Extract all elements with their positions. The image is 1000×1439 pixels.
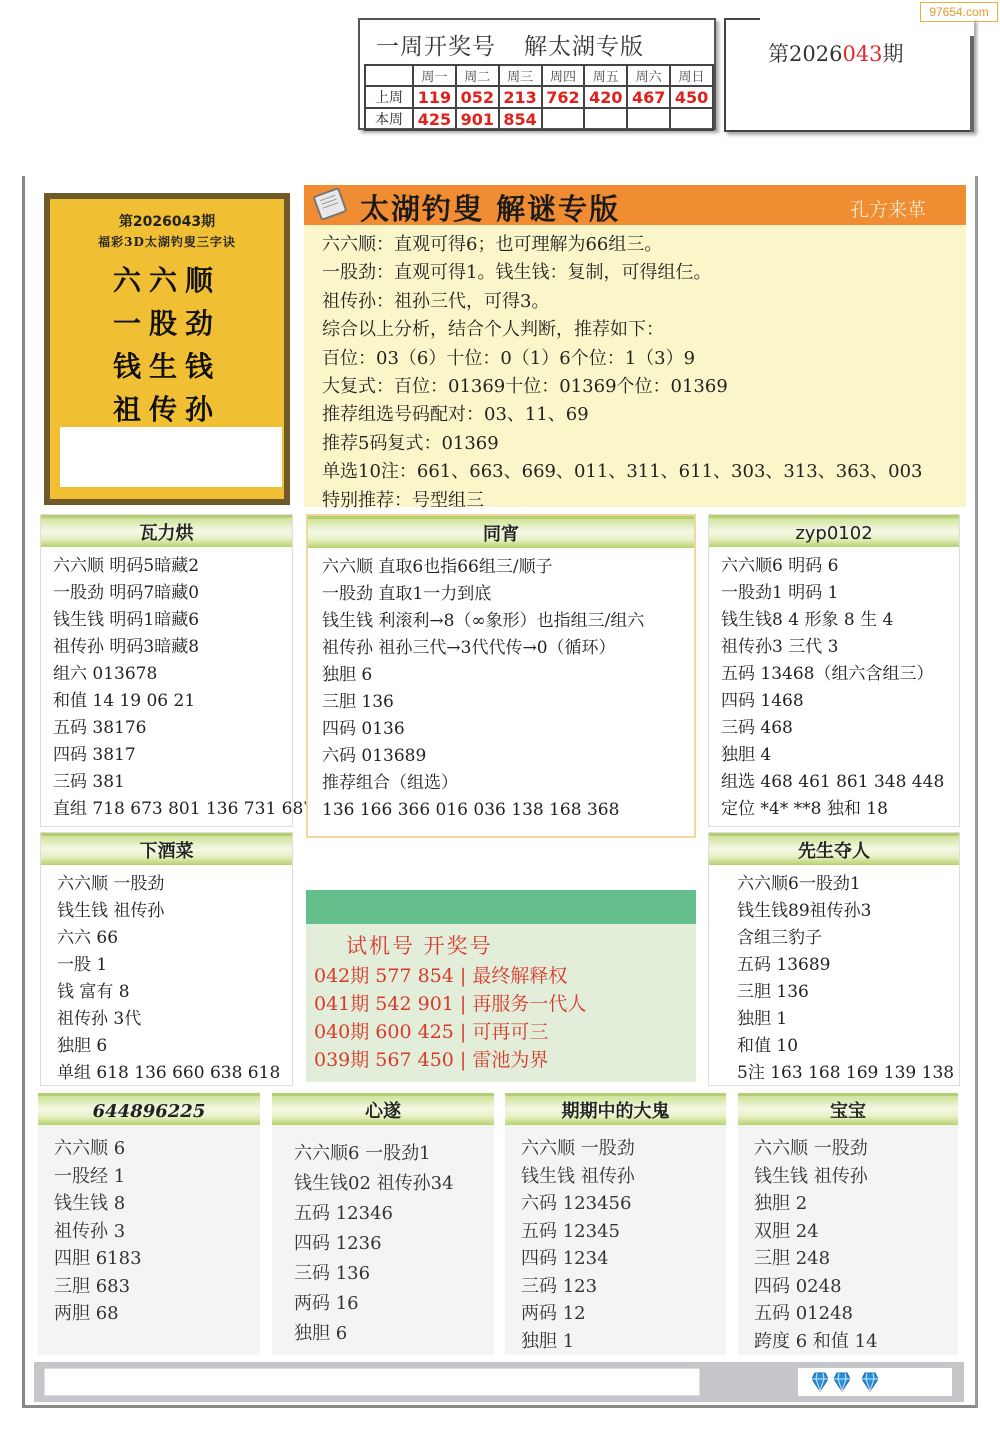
panel-body: 六六顺 一股劲 钱生钱 祖传孙 独胆 2 双胆 24 三胆 248 四码 024…: [738, 1125, 958, 1355]
panel-body: 六六顺 一股劲 钱生钱 祖传孙 六码 123456 五码 12345 四码 12…: [505, 1125, 726, 1355]
panel-line: 三码 381: [53, 769, 292, 796]
result-cell: 425: [413, 108, 456, 130]
panel-qiqi-dagui: 期期中的大鬼 六六顺 一股劲 钱生钱 祖传孙 六码 123456 五码 1234…: [505, 1093, 726, 1355]
panel-title: 宝宝: [738, 1093, 958, 1125]
panel-line: 四码 0248: [754, 1273, 958, 1301]
issue-highlight: 043: [842, 42, 882, 66]
panel-body: 六六顺 直取6也指66组三/顺子 一股劲 直取1一力到底 钱生钱 利滚利→8（∞…: [308, 548, 694, 824]
panel-line: 六六顺6一股劲1: [737, 871, 959, 898]
issue-prefix: 第2026: [768, 42, 842, 66]
row-label: 上周: [365, 86, 413, 108]
panel-xinsui: 心遂 六六顺6 一股劲1 钱生钱02 祖传孙34 五码 12346 四码 123…: [272, 1093, 494, 1355]
panel-line: 祖传孙 3: [54, 1218, 260, 1246]
panel-line: 四码 1234: [521, 1245, 726, 1273]
panel-wali: 瓦力烘 六六顺 明码5暗藏2 一股劲 明码7暗藏0 钱生钱 明码1暗藏6 祖传孙…: [40, 514, 293, 827]
result-cell: [627, 108, 670, 130]
panel-line: 直组 718 673 801 136 731 687: [53, 796, 292, 823]
panel-body: 六六顺 6 一股经 1 钱生钱 8 祖传孙 3 四胆 6183 三胆 683 两…: [38, 1125, 260, 1328]
panel-line: 钱生钱8 4 形象 8 生 4: [721, 607, 959, 634]
result-cell: 854: [499, 108, 542, 130]
panel-title: 期期中的大鬼: [505, 1093, 726, 1125]
diamond-icon: [812, 1372, 828, 1392]
panel-line: 三码 136: [294, 1259, 494, 1289]
panel-line: 独胆 1: [737, 1006, 959, 1033]
panel-line: 六六顺 一股劲: [57, 871, 292, 898]
panel-line: 三胆 248: [754, 1245, 958, 1273]
panel-line: 五码 38176: [53, 715, 292, 742]
panel-zyp0102: zyp0102 六六顺6 明码 6 一股劲1 明码 1 钱生钱8 4 形象 8 …: [708, 514, 960, 827]
panel-line: 五码 12345: [521, 1218, 726, 1246]
panel-line: 六六顺 6: [54, 1135, 260, 1163]
panel-line: 一股劲1 明码 1: [721, 580, 959, 607]
day-header: 周一: [413, 65, 456, 86]
panel-body: 六六顺 一股劲 钱生钱 祖传孙 六六 66 一股 1 钱 富有 8 祖传孙 3代…: [41, 865, 292, 1087]
panel-line: 六六顺6 一股劲1: [294, 1139, 494, 1169]
panel-line: 三码 123: [521, 1273, 726, 1301]
panel-line: 单组 618 136 660 638 618: [57, 1060, 292, 1087]
analysis-line: 单选10注：661、663、669、011、311、611、303、313、36…: [322, 458, 966, 486]
panel-title: zyp0102: [709, 515, 959, 547]
day-header: 周二: [456, 65, 499, 86]
panel-xiajiucai: 下酒菜 六六顺 一股劲 钱生钱 祖传孙 六六 66 一股 1 钱 富有 8 祖传…: [40, 832, 293, 1086]
analysis-line: 六六顺：直观可得6；也可理解为66组三。: [322, 231, 966, 259]
corner-cell: [365, 65, 413, 86]
riddle-lines: 六六顺 一股劲 钱生钱 祖传孙: [50, 259, 284, 431]
riddle-line: 钱生钱: [50, 345, 284, 388]
riddle-line: 祖传孙: [50, 388, 284, 431]
panel-tongxiao: 同宵 六六顺 直取6也指66组三/顺子 一股劲 直取1一力到底 钱生钱 利滚利→…: [306, 514, 696, 838]
riddle-issue: 第2026043期: [50, 211, 284, 231]
panel-line: 和值 14 19 06 21: [53, 688, 292, 715]
analysis-line: 一股劲：直观可得1。钱生钱：复制，可得组仨。: [322, 259, 966, 287]
panel-line: 钱生钱02 祖传孙34: [294, 1169, 494, 1199]
panel-line: 六六顺 明码5暗藏2: [53, 553, 292, 580]
panel-line: 四胆 6183: [54, 1245, 260, 1273]
result-cell: 119: [413, 86, 456, 108]
panel-line: 一股劲 直取1一力到底: [322, 581, 694, 608]
panel-line: 独胆 6: [294, 1319, 494, 1349]
panel-line: 钱生钱89祖传孙3: [737, 898, 959, 925]
panel-line: 祖传孙 3代: [57, 1006, 292, 1033]
diamond-icon: [834, 1372, 850, 1392]
panel-line: 跨度 6 和值 14: [754, 1328, 958, 1356]
trial-header-bar: [306, 890, 696, 924]
footer-text-field: [44, 1368, 700, 1396]
panel-line: 四码 0136: [322, 716, 694, 743]
panel-line: 五码 13468（组六含组三）: [721, 661, 959, 688]
panel-line: 钱生钱 利滚利→8（∞象形）也指组三/组六: [322, 608, 694, 635]
panel-line: 136 166 366 016 036 138 168 368: [322, 797, 694, 824]
panel-line: 独胆 4: [721, 742, 959, 769]
panel-line: 独胆 6: [57, 1033, 292, 1060]
panel-line: 独胆 1: [521, 1328, 726, 1356]
panel-line: 两码 16: [294, 1289, 494, 1319]
panel-line: 一股经 1: [54, 1163, 260, 1191]
panel-line: 两胆 68: [54, 1300, 260, 1328]
panel-line: 定位 *4* **8 独和 18: [721, 796, 959, 823]
result-cell: 450: [670, 86, 713, 108]
panel-body: 六六顺6 明码 6 一股劲1 明码 1 钱生钱8 4 形象 8 生 4 祖传孙3…: [709, 547, 959, 823]
riddle-subtitle: 福彩3D太湖钓叟三字诀: [50, 233, 284, 250]
panel-line: 六码 013689: [322, 743, 694, 770]
panel-line: 含组三豹子: [737, 925, 959, 952]
panel-line: 四码 1236: [294, 1229, 494, 1259]
trial-row: 042期 577 854 | 最终解释权: [314, 962, 696, 990]
trial-head: 试机号 开奖号: [314, 930, 696, 962]
panel-title: 同宵: [308, 516, 694, 548]
panel-line: 五码 13689: [737, 952, 959, 979]
panel-line: 组选 468 461 861 348 448: [721, 769, 959, 796]
panel-line: 5注 163 168 169 139 138: [737, 1060, 959, 1087]
weekly-row-this-week: 本周 425 901 854: [365, 108, 713, 130]
analysis-line: 推荐组选号码配对：03、11、69: [322, 401, 966, 429]
panel-title: 下酒菜: [41, 833, 292, 865]
panel-title: 644896225: [38, 1093, 260, 1125]
panel-line: 推荐组合（组选）: [322, 770, 694, 797]
panel-line: 钱生钱 8: [54, 1190, 260, 1218]
panel-line: 六六顺6 明码 6: [721, 553, 959, 580]
trial-row: 041期 542 901 | 再服务一代人: [314, 990, 696, 1018]
panel-line: 六六 66: [57, 925, 292, 952]
result-cell: 901: [456, 108, 499, 130]
result-cell: 052: [456, 86, 499, 108]
panel-body: 六六顺6 一股劲1 钱生钱02 祖传孙34 五码 12346 四码 1236 三…: [272, 1125, 494, 1349]
diamond-icon: [862, 1372, 878, 1392]
day-header: 周四: [542, 65, 585, 86]
trial-results-panel: 试机号 开奖号 042期 577 854 | 最终解释权 041期 542 90…: [306, 924, 696, 1082]
weekly-title-sub: 解太湖专版: [524, 34, 644, 60]
panel-baobao: 宝宝 六六顺 一股劲 钱生钱 祖传孙 独胆 2 双胆 24 三胆 248 四码 …: [738, 1093, 958, 1355]
result-cell: [670, 108, 713, 130]
panel-line: 独胆 2: [754, 1190, 958, 1218]
analysis-line: 百位：03（6）十位：0（1）6个位：1（3）9: [322, 345, 966, 373]
panel-title: 瓦力烘: [41, 515, 292, 547]
panel-line: 五码 01248: [754, 1300, 958, 1328]
riddle-card-inner: 第2026043期 福彩3D太湖钓叟三字诀 六六顺 一股劲 钱生钱 祖传孙: [50, 199, 284, 499]
panel-line: 钱 富有 8: [57, 979, 292, 1006]
day-header: 周日: [670, 65, 713, 86]
panel-line: 六六顺 直取6也指66组三/顺子: [322, 554, 694, 581]
panel-line: 一股劲 明码7暗藏0: [53, 580, 292, 607]
trial-row: 040期 600 425 | 可再可三: [314, 1018, 696, 1046]
panel-line: 五码 12346: [294, 1199, 494, 1229]
panel-xiansheng: 先生夺人 六六顺6一股劲1 钱生钱89祖传孙3 含组三豹子 五码 13689 三…: [708, 832, 960, 1086]
result-cell: 213: [499, 86, 542, 108]
weekly-header-row: 周一 周二 周三 周四 周五 周六 周日: [365, 65, 713, 86]
section-author: 孔方来革: [850, 195, 926, 222]
panel-line: 三胆 683: [54, 1273, 260, 1301]
result-cell: 762: [542, 86, 585, 108]
panel-body: 六六顺 明码5暗藏2 一股劲 明码7暗藏0 钱生钱 明码1暗藏6 祖传孙 明码3…: [41, 547, 292, 823]
panel-line: 六码 123456: [521, 1190, 726, 1218]
panel-line: 钱生钱 祖传孙: [521, 1163, 726, 1191]
panel-line: 祖传孙 明码3暗藏8: [53, 634, 292, 661]
panel-line: 钱生钱 祖传孙: [754, 1163, 958, 1191]
panel-body: 六六顺6一股劲1 钱生钱89祖传孙3 含组三豹子 五码 13689 三胆 136…: [709, 865, 959, 1087]
row-label: 本周: [365, 108, 413, 130]
section-title: 太湖钓叟 解谜专版: [360, 187, 620, 228]
panel-line: 一股 1: [57, 952, 292, 979]
weekly-title: 一周开奖号解太湖专版: [376, 28, 644, 61]
frame-shadow: [970, 36, 974, 132]
result-cell: 467: [627, 86, 670, 108]
panel-line: 钱生钱 祖传孙: [57, 898, 292, 925]
analysis-line: 综合以上分析，结合个人判断，推荐如下：: [322, 316, 966, 344]
riddle-line: 六六顺: [50, 259, 284, 302]
result-cell: [542, 108, 585, 130]
analysis-line: 推荐5码复式：01369: [322, 430, 966, 458]
issue-suffix: 期: [883, 42, 904, 66]
analysis-line: 大复式：百位：01369十位：01369个位：01369: [322, 373, 966, 401]
day-header: 周三: [499, 65, 542, 86]
riddle-line: 一股劲: [50, 302, 284, 345]
weekly-row-last-week: 上周 119 052 213 762 420 467 450: [365, 86, 713, 108]
issue-number: 第2026043期: [768, 38, 904, 68]
trial-row: 039期 567 450 | 雷池为界: [314, 1046, 696, 1074]
weekly-title-main: 一周开奖号: [376, 34, 496, 60]
result-cell: 420: [584, 86, 627, 108]
panel-644896225: 644896225 六六顺 6 一股经 1 钱生钱 8 祖传孙 3 四胆 618…: [38, 1093, 260, 1355]
rating-badge: [798, 1368, 952, 1396]
weekly-results-panel: 一周开奖号解太湖专版 周一 周二 周三 周四 周五 周六 周日 上周 119 0…: [358, 18, 716, 130]
frame-corner: [724, 18, 760, 20]
panel-title: 先生夺人: [709, 833, 959, 865]
panel-title: 心遂: [272, 1093, 494, 1125]
panel-line: 和值 10: [737, 1033, 959, 1060]
panel-line: 祖传孙3 三代 3: [721, 634, 959, 661]
issue-number-panel: 第2026043期: [724, 18, 974, 132]
book-icon: [312, 187, 347, 221]
riddle-card: 第2026043期 福彩3D太湖钓叟三字诀 六六顺 一股劲 钱生钱 祖传孙: [44, 193, 290, 505]
panel-line: 独胆 6: [322, 662, 694, 689]
panel-line: 钱生钱 明码1暗藏6: [53, 607, 292, 634]
panel-line: 组六 013678: [53, 661, 292, 688]
panel-line: 六六顺 一股劲: [754, 1135, 958, 1163]
panel-line: 两码 12: [521, 1300, 726, 1328]
day-header: 周五: [584, 65, 627, 86]
weekly-results-table: 周一 周二 周三 周四 周五 周六 周日 上周 119 052 213 762 …: [364, 64, 714, 131]
analysis-panel: 六六顺：直观可得6；也可理解为66组三。 一股劲：直观可得1。钱生钱：复制，可得…: [304, 225, 966, 507]
section-header: 太湖钓叟 解谜专版 孔方来革: [304, 185, 966, 225]
panel-line: 祖传孙 祖孙三代→3代代传→0（循环）: [322, 635, 694, 662]
day-header: 周六: [627, 65, 670, 86]
result-cell: [584, 108, 627, 130]
panel-line: 三胆 136: [737, 979, 959, 1006]
panel-line: 四码 1468: [721, 688, 959, 715]
analysis-line: 特别推荐：号型组三: [322, 487, 966, 515]
panel-line: 三码 468: [721, 715, 959, 742]
panel-line: 双胆 24: [754, 1218, 958, 1246]
panel-line: 六六顺 一股劲: [521, 1135, 726, 1163]
panel-line: 四码 3817: [53, 742, 292, 769]
blank-area: [60, 427, 282, 487]
analysis-line: 祖传孙：祖孙三代，可得3。: [322, 288, 966, 316]
panel-line: 三胆 136: [322, 689, 694, 716]
